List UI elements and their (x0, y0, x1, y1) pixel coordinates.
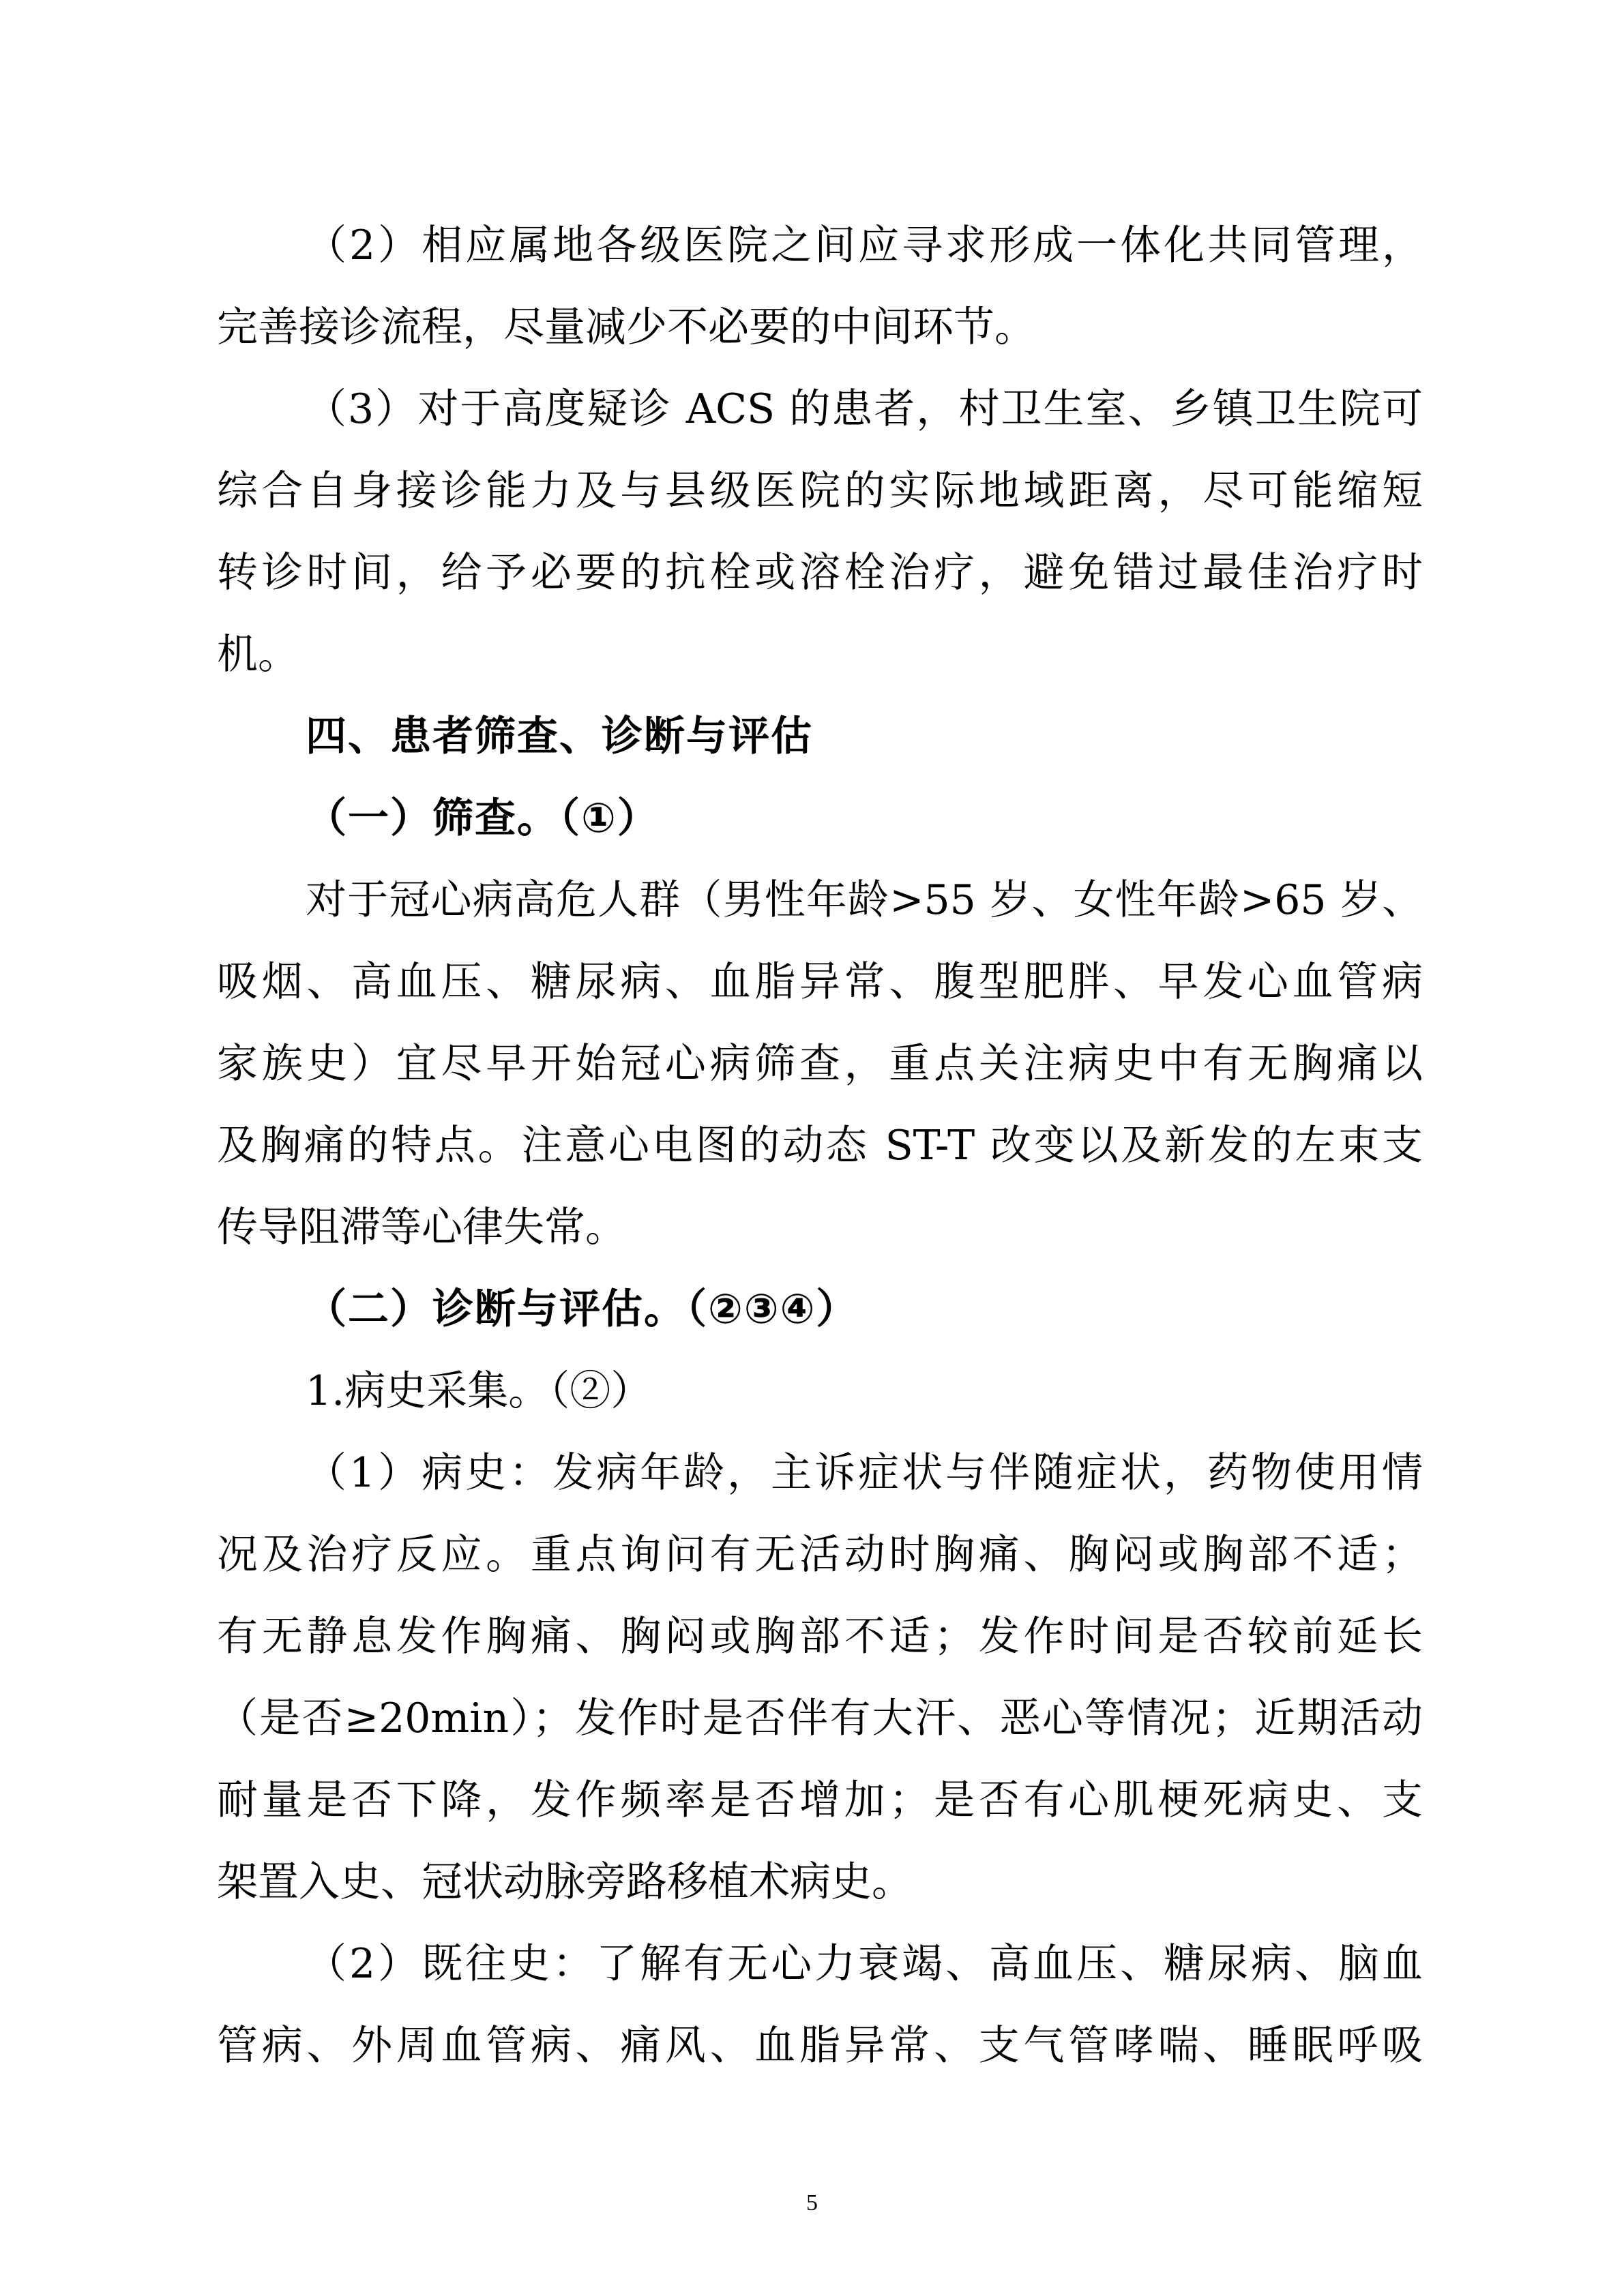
paragraph-line: 况及治疗反应。重点询问有无活动时胸痛、胸闷或胸部不适； (217, 1527, 1423, 1582)
document-page: 5 （2）相应属地各级医院之间应寻求形成一体化共同管理，完善接诊流程，尽量减少不… (0, 0, 1624, 2296)
paragraph-line: 传导阻滞等心律失常。 (217, 1200, 1423, 1255)
paragraph-line: （2）相应属地各级医院之间应寻求形成一体化共同管理， (306, 218, 1423, 273)
paragraph-line: 1.病史采集。（②） (306, 1364, 1423, 1418)
paragraph-line: 架置入史、冠状动脉旁路移植术病史。 (217, 1855, 1423, 1909)
paragraph-line: 转诊时间，给予必要的抗栓或溶栓治疗，避免错过最佳治疗时 (217, 546, 1423, 600)
paragraph-line: 完善接诊流程，尽量减少不必要的中间环节。 (217, 300, 1423, 355)
paragraph-line: 吸烟、高血压、糖尿病、血脂异常、腹型肥胖、早发心血管病 (217, 955, 1423, 1009)
paragraph-line: 综合自身接诊能力及与县级医院的实际地域距离，尽可能缩短 (217, 464, 1423, 518)
paragraph-line: 管病、外周血管病、痛风、血脂异常、支气管哮喘、睡眠呼吸 (217, 2018, 1423, 2073)
paragraph-line: （1）病史：发病年龄，主诉症状与伴随症状，药物使用情 (306, 1446, 1423, 1500)
paragraph-line: 机。 (217, 627, 1423, 682)
paragraph-line: 耐量是否下降，发作频率是否增加；是否有心肌梗死病史、支 (217, 1773, 1423, 1828)
paragraph-line: （是否≥20min）；发作时是否伴有大汗、恶心等情况；近期活动 (217, 1691, 1423, 1746)
paragraph-line: 有无静息发作胸痛、胸闷或胸部不适；发作时间是否较前延长 (217, 1609, 1423, 1664)
paragraph-line: （3）对于高度疑诊 ACS 的患者，村卫生室、乡镇卫生院可 (306, 382, 1423, 436)
subsection-heading: （二）诊断与评估。（②③④） (306, 1282, 1423, 1337)
paragraph-line: 家族史）宜尽早开始冠心病筛查，重点关注病史中有无胸痛以 (217, 1037, 1423, 1091)
paragraph-line: 对于冠心病高危人群（男性年龄>55 岁、女性年龄>65 岁、 (306, 873, 1423, 927)
page-number: 5 (0, 2190, 1624, 2216)
subsection-heading: （一）筛查。（①） (306, 791, 1423, 846)
section-heading: 四、患者筛查、诊断与评估 (306, 709, 1423, 764)
paragraph-line: （2）既往史：了解有无心力衰竭、高血压、糖尿病、脑血 (306, 1937, 1423, 1991)
paragraph-line: 及胸痛的特点。注意心电图的动态 ST-T 改变以及新发的左束支 (217, 1118, 1423, 1173)
